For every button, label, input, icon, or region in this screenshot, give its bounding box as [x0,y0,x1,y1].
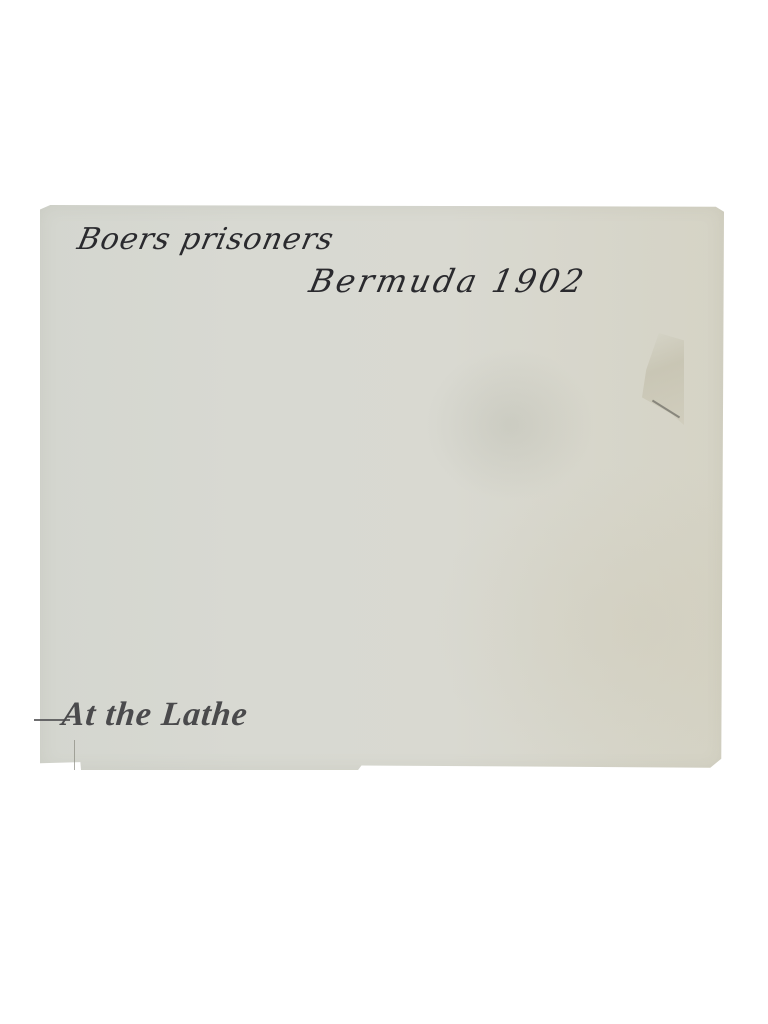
card-corner-crease [74,740,75,770]
photo-stage: Boers prisoners Bermuda 1902 At the Lath… [0,0,768,1024]
inscription-bermuda-1902: Bermuda 1902 [306,262,590,300]
inscription-boers-prisoners: Boers prisoners [74,222,337,257]
inscription-at-the-lathe: At the Lathe [60,696,250,734]
